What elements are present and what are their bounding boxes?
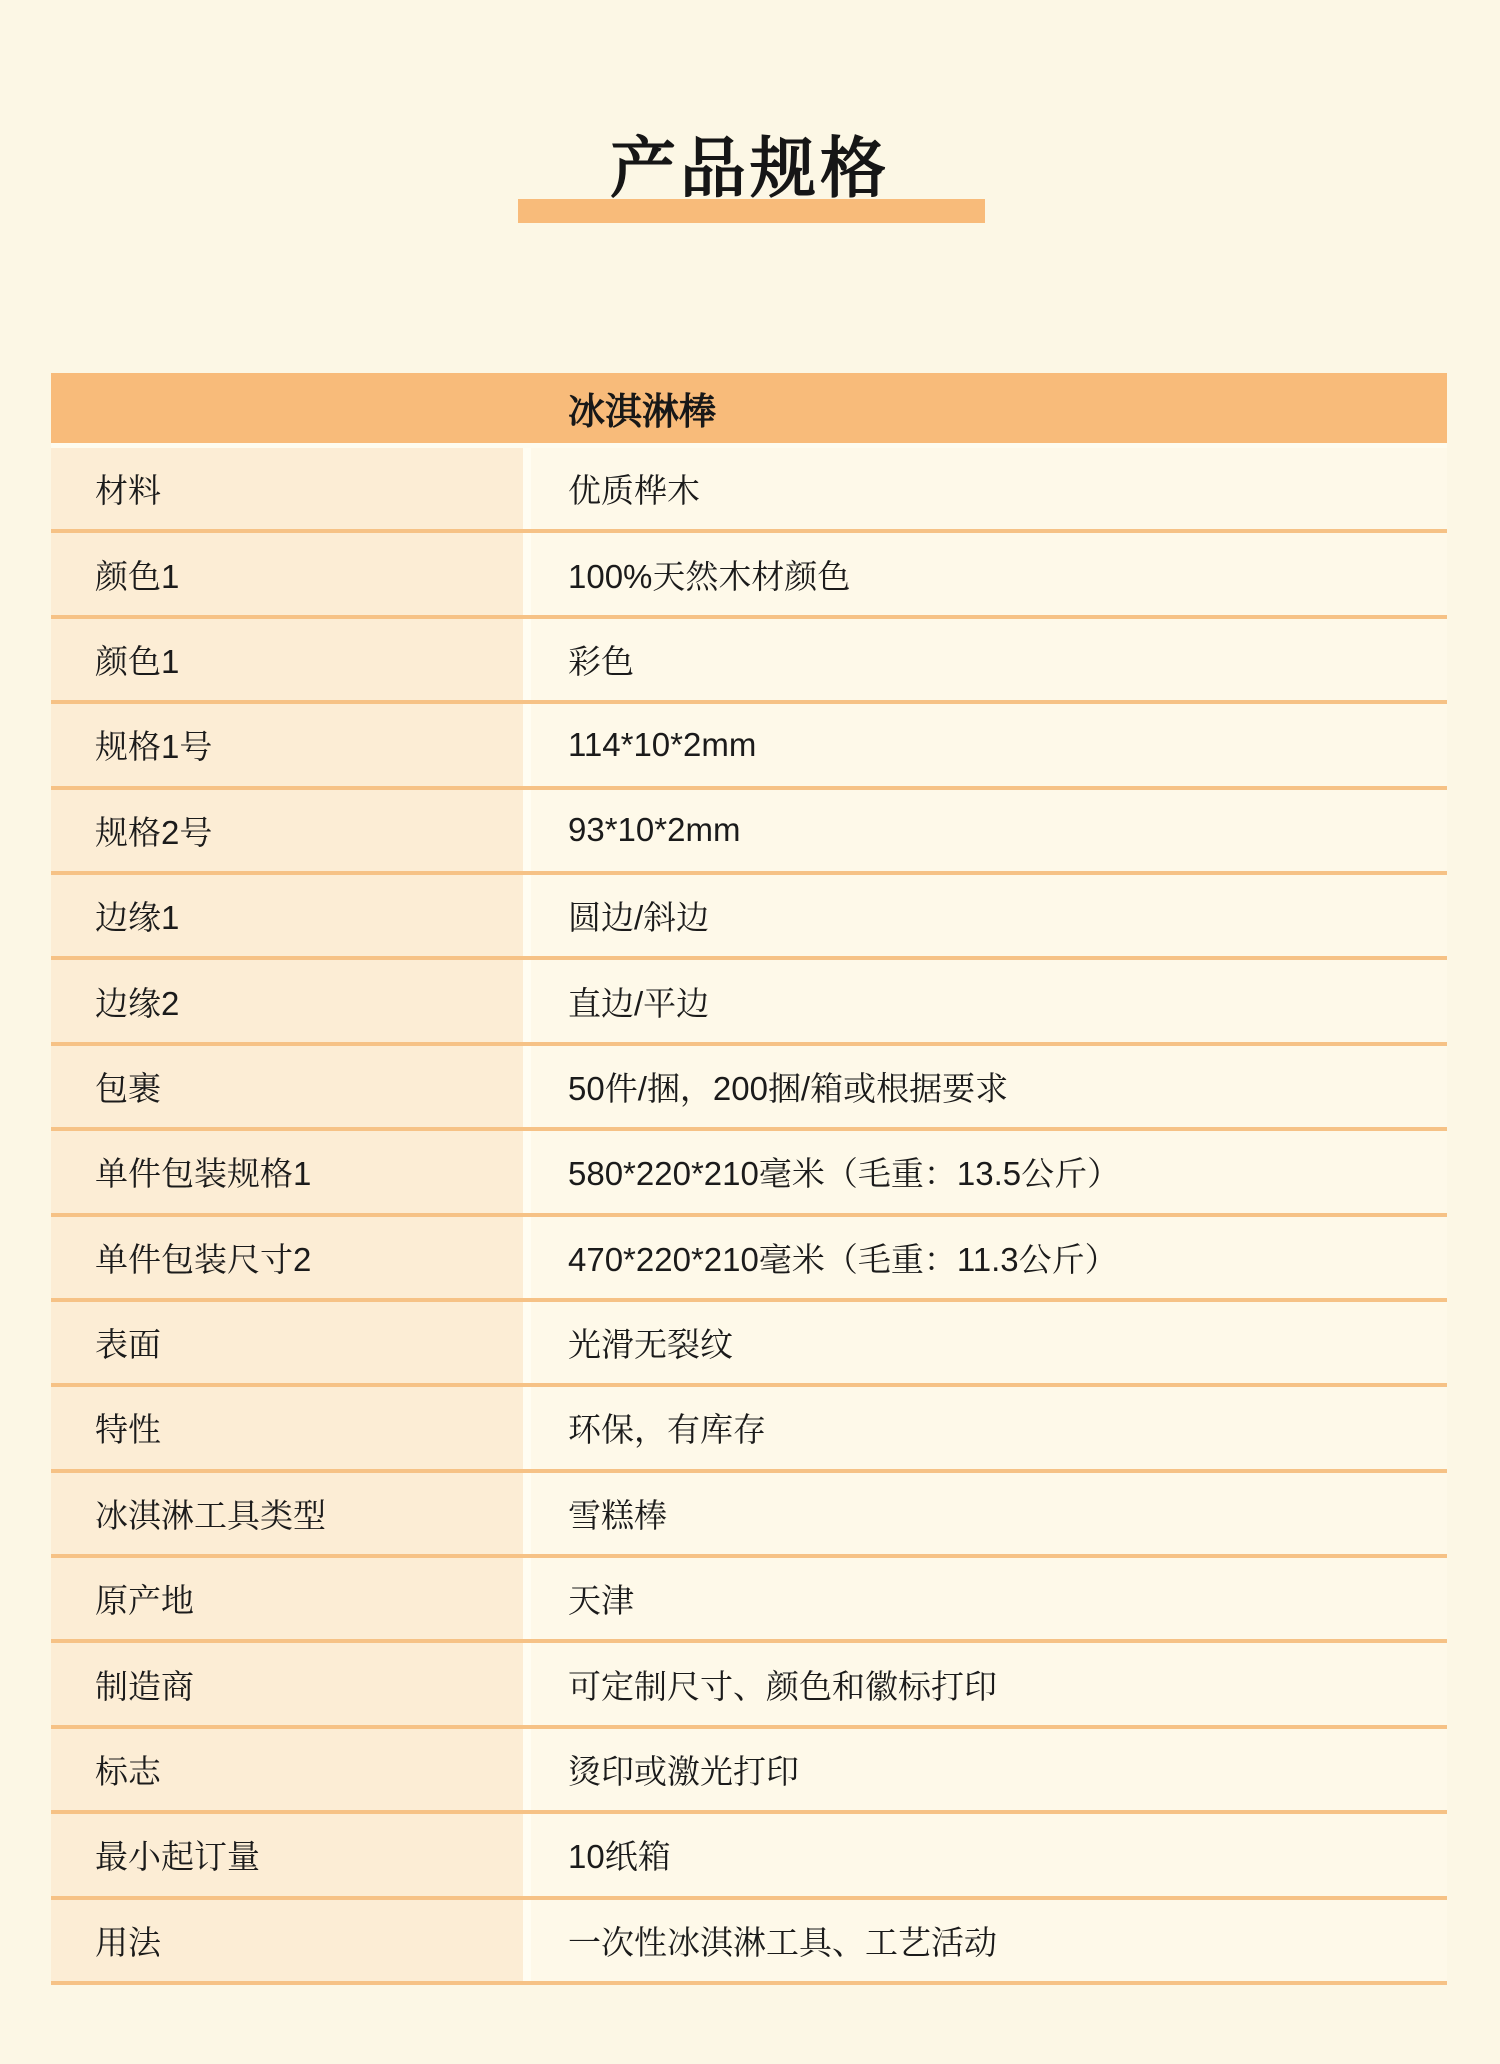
- row-value: 环保，有库存: [531, 1387, 1447, 1468]
- row-label: 包裹: [51, 1046, 523, 1127]
- row-label: 材料: [51, 448, 523, 529]
- row-label: 最小起订量: [51, 1814, 523, 1895]
- row-value: 一次性冰淇淋工具、工艺活动: [531, 1900, 1447, 1981]
- row-value: 彩色: [531, 619, 1447, 700]
- table-row: 表面光滑无裂纹: [51, 1302, 1447, 1387]
- table-row: 边缘1圆边/斜边: [51, 875, 1447, 960]
- column-divider: [523, 1046, 531, 1127]
- row-label: 特性: [51, 1387, 523, 1468]
- row-value: 天津: [531, 1558, 1447, 1639]
- row-value: 直边/平边: [531, 960, 1447, 1041]
- row-value: 烫印或激光打印: [531, 1729, 1447, 1810]
- table-row: 原产地天津: [51, 1558, 1447, 1643]
- table-row: 材料优质桦木: [51, 448, 1447, 533]
- row-label: 冰淇淋工具类型: [51, 1473, 523, 1554]
- table-row: 颜色1100%天然木材颜色: [51, 533, 1447, 618]
- table-row: 规格2号93*10*2mm: [51, 790, 1447, 875]
- row-label: 单件包装规格1: [51, 1131, 523, 1212]
- row-value: 100%天然木材颜色: [531, 533, 1447, 614]
- column-divider: [523, 1131, 531, 1212]
- row-label: 标志: [51, 1729, 523, 1810]
- table-row: 冰淇淋工具类型雪糕棒: [51, 1473, 1447, 1558]
- row-value: 可定制尺寸、颜色和徽标打印: [531, 1643, 1447, 1724]
- table-row: 最小起订量10纸箱: [51, 1814, 1447, 1899]
- table-row: 用法一次性冰淇淋工具、工艺活动: [51, 1900, 1447, 1985]
- row-value: 50件/捆，200捆/箱或根据要求: [531, 1046, 1447, 1127]
- table-row: 颜色1彩色: [51, 619, 1447, 704]
- row-value: 93*10*2mm: [531, 790, 1447, 871]
- page-title: 产品规格: [0, 118, 1500, 218]
- row-value: 优质桦木: [531, 448, 1447, 529]
- row-value: 470*220*210毫米（毛重：11.3公斤）: [531, 1217, 1447, 1298]
- table-row: 包裹50件/捆，200捆/箱或根据要求: [51, 1046, 1447, 1131]
- table-row: 边缘2直边/平边: [51, 960, 1447, 1045]
- column-divider: [523, 1387, 531, 1468]
- column-divider: [523, 1473, 531, 1554]
- row-label: 边缘1: [51, 875, 523, 956]
- row-value: 114*10*2mm: [531, 704, 1447, 785]
- column-divider: [523, 1814, 531, 1895]
- row-label: 颜色1: [51, 533, 523, 614]
- row-label: 规格2号: [51, 790, 523, 871]
- row-label: 边缘2: [51, 960, 523, 1041]
- table-row: 特性环保，有库存: [51, 1387, 1447, 1472]
- spec-sheet-page: 产品规格 冰淇淋棒 材料优质桦木颜色1100%天然木材颜色颜色1彩色规格1号11…: [0, 0, 1500, 2064]
- column-divider: [523, 1302, 531, 1383]
- column-divider: [523, 1217, 531, 1298]
- row-value: 10纸箱: [531, 1814, 1447, 1895]
- row-label: 单件包装尺寸2: [51, 1217, 523, 1298]
- row-value: 雪糕棒: [531, 1473, 1447, 1554]
- column-divider: [523, 1643, 531, 1724]
- table-body: 材料优质桦木颜色1100%天然木材颜色颜色1彩色规格1号114*10*2mm规格…: [51, 448, 1447, 1985]
- column-divider: [523, 960, 531, 1041]
- table-row: 单件包装规格1580*220*210毫米（毛重：13.5公斤）: [51, 1131, 1447, 1216]
- row-label: 原产地: [51, 1558, 523, 1639]
- column-divider: [523, 448, 531, 529]
- row-value: 光滑无裂纹: [531, 1302, 1447, 1383]
- table-row: 标志烫印或激光打印: [51, 1729, 1447, 1814]
- table-header-row: 冰淇淋棒: [51, 373, 1447, 448]
- row-label: 表面: [51, 1302, 523, 1383]
- table-row: 制造商可定制尺寸、颜色和徽标打印: [51, 1643, 1447, 1728]
- row-value: 580*220*210毫米（毛重：13.5公斤）: [531, 1131, 1447, 1212]
- row-label: 用法: [51, 1900, 523, 1981]
- column-divider: [523, 1558, 531, 1639]
- column-divider: [523, 533, 531, 614]
- column-divider: [523, 704, 531, 785]
- column-divider: [523, 1900, 531, 1981]
- column-divider: [523, 790, 531, 871]
- row-label: 规格1号: [51, 704, 523, 785]
- table-header-label: 冰淇淋棒: [568, 381, 716, 435]
- product-spec-table: 冰淇淋棒 材料优质桦木颜色1100%天然木材颜色颜色1彩色规格1号114*10*…: [51, 373, 1447, 1985]
- row-label: 制造商: [51, 1643, 523, 1724]
- table-row: 规格1号114*10*2mm: [51, 704, 1447, 789]
- column-divider: [523, 619, 531, 700]
- column-divider: [523, 875, 531, 956]
- row-label: 颜色1: [51, 619, 523, 700]
- row-value: 圆边/斜边: [531, 875, 1447, 956]
- table-row: 单件包装尺寸2470*220*210毫米（毛重：11.3公斤）: [51, 1217, 1447, 1302]
- column-divider: [523, 1729, 531, 1810]
